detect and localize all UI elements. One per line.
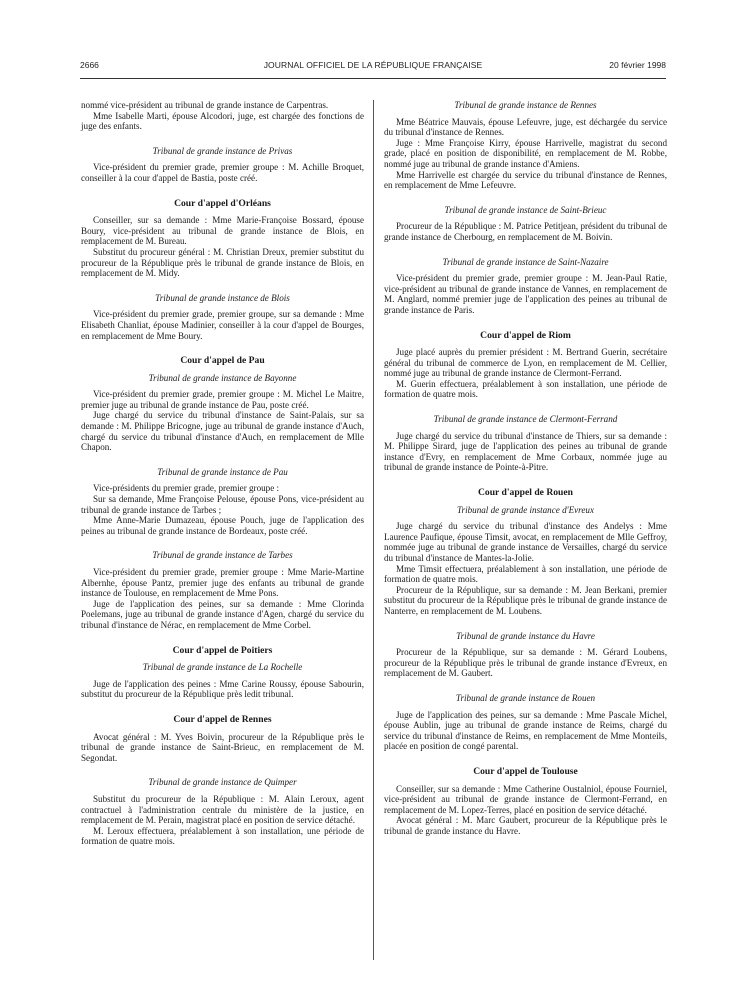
tribunal-heading: Tribunal de grande instance de Rennes xyxy=(384,100,667,111)
paragraph: Vice-président du premier grade, premier… xyxy=(81,389,364,410)
tribunal-heading: Tribunal de grande instance de Privas xyxy=(81,146,364,157)
publication-date: 20 février 1998 xyxy=(609,60,666,70)
paragraph: Procureur de la République : M. Patrice … xyxy=(384,221,667,242)
tribunal-heading: Tribunal de grande instance de Quimper xyxy=(81,777,364,788)
column-divider xyxy=(373,100,374,960)
paragraph: M. Leroux effectuera, préalablement à so… xyxy=(81,826,364,847)
left-column: nommé vice-président au tribunal de gran… xyxy=(81,100,364,847)
paragraph: Substitut du procureur général : M. Chri… xyxy=(81,247,364,279)
paragraph: Juge chargé du service du tribunal d'ins… xyxy=(384,431,667,473)
paragraph: nommé vice-président au tribunal de gran… xyxy=(81,100,364,111)
paragraph: Vice-présidents du premier grade, premie… xyxy=(81,483,364,494)
paragraph: Mme Harrivelle est chargée du service du… xyxy=(384,170,667,191)
tribunal-heading: Tribunal de grande instance de Bayonne xyxy=(81,373,364,384)
court-heading: Cour d'appel de Pau xyxy=(81,356,364,367)
paragraph: Vice-président du premier grade, premier… xyxy=(384,273,667,315)
court-heading: Cour d'appel de Rennes xyxy=(81,715,364,726)
tribunal-heading: Tribunal de grande instance de Pau xyxy=(81,467,364,478)
paragraph: Vice-président du premier grade, premier… xyxy=(81,567,364,599)
paragraph: Vice-président du premier grade, premier… xyxy=(81,309,364,341)
paragraph: Conseiller, sur sa demande : Mme Marie-F… xyxy=(81,215,364,247)
paragraph: Juge de l'application des peines, sur sa… xyxy=(384,710,667,752)
paragraph: Vice-président du premier grade, premier… xyxy=(81,162,364,183)
court-heading: Cour d'appel de Toulouse xyxy=(384,767,667,778)
paragraph: Procureur de la République, sur sa deman… xyxy=(384,647,667,679)
paragraph: M. Guerin effectuera, préalablement à so… xyxy=(384,379,667,400)
paragraph: Sur sa demande, Mme Françoise Pelouse, é… xyxy=(81,494,364,515)
tribunal-heading: Tribunal de grande instance de La Rochel… xyxy=(81,662,364,673)
paragraph: Juge de l'application des peines, sur sa… xyxy=(81,599,364,631)
paragraph: Mme Anne-Marie Dumazeau, épouse Pouch, j… xyxy=(81,515,364,536)
tribunal-heading: Tribunal de grande instance de Rouen xyxy=(384,693,667,704)
court-heading: Cour d'appel de Rouen xyxy=(384,488,667,499)
paragraph: Avocat général : M. Yves Boivin, procure… xyxy=(81,732,364,764)
journal-title: JOURNAL OFFICIEL DE LA RÉPUBLIQUE FRANÇA… xyxy=(80,60,666,70)
tribunal-heading: Tribunal de grande instance d'Evreux xyxy=(384,505,667,516)
paragraph: Juge placé auprès du premier président :… xyxy=(384,347,667,379)
paragraph: Mme Timsit effectuera, préalablement à s… xyxy=(384,564,667,585)
tribunal-heading: Tribunal de grande instance de Tarbes xyxy=(81,550,364,561)
page-header: 2666 JOURNAL OFFICIEL DE LA RÉPUBLIQUE F… xyxy=(80,60,666,74)
paragraph: Juge chargé du service du tribunal d'ins… xyxy=(81,410,364,452)
tribunal-heading: Tribunal de grande instance de Clermont-… xyxy=(384,414,667,425)
tribunal-heading: Tribunal de grande instance de Blois xyxy=(81,293,364,304)
paragraph: Procureur de la République, sur sa deman… xyxy=(384,585,667,617)
right-column: Tribunal de grande instance de RennesMme… xyxy=(384,100,667,836)
tribunal-heading: Tribunal de grande instance de Saint-Bri… xyxy=(384,205,667,216)
court-heading: Cour d'appel de Poitiers xyxy=(81,646,364,657)
paragraph: Avocat général : M. Marc Gaubert, procur… xyxy=(384,815,667,836)
court-heading: Cour d'appel d'Orléans xyxy=(81,199,364,210)
paragraph: Substitut du procureur de la République … xyxy=(81,794,364,826)
paragraph: Conseiller, sur sa demande : Mme Catheri… xyxy=(384,784,667,816)
paragraph: Juge chargé du service du tribunal d'ins… xyxy=(384,521,667,563)
paragraph: Juge : Mme Françoise Kirry, épouse Harri… xyxy=(384,138,667,170)
tribunal-heading: Tribunal de grande instance du Havre xyxy=(384,631,667,642)
court-heading: Cour d'appel de Riom xyxy=(384,331,667,342)
paragraph: Mme Isabelle Marti, épouse Alcodori, jug… xyxy=(81,111,364,132)
paragraph: Mme Béatrice Mauvais, épouse Lefeuvre, j… xyxy=(384,117,667,138)
header-rule xyxy=(80,78,666,79)
paragraph: Juge de l'application des peines : Mme C… xyxy=(81,679,364,700)
tribunal-heading: Tribunal de grande instance de Saint-Naz… xyxy=(384,257,667,268)
